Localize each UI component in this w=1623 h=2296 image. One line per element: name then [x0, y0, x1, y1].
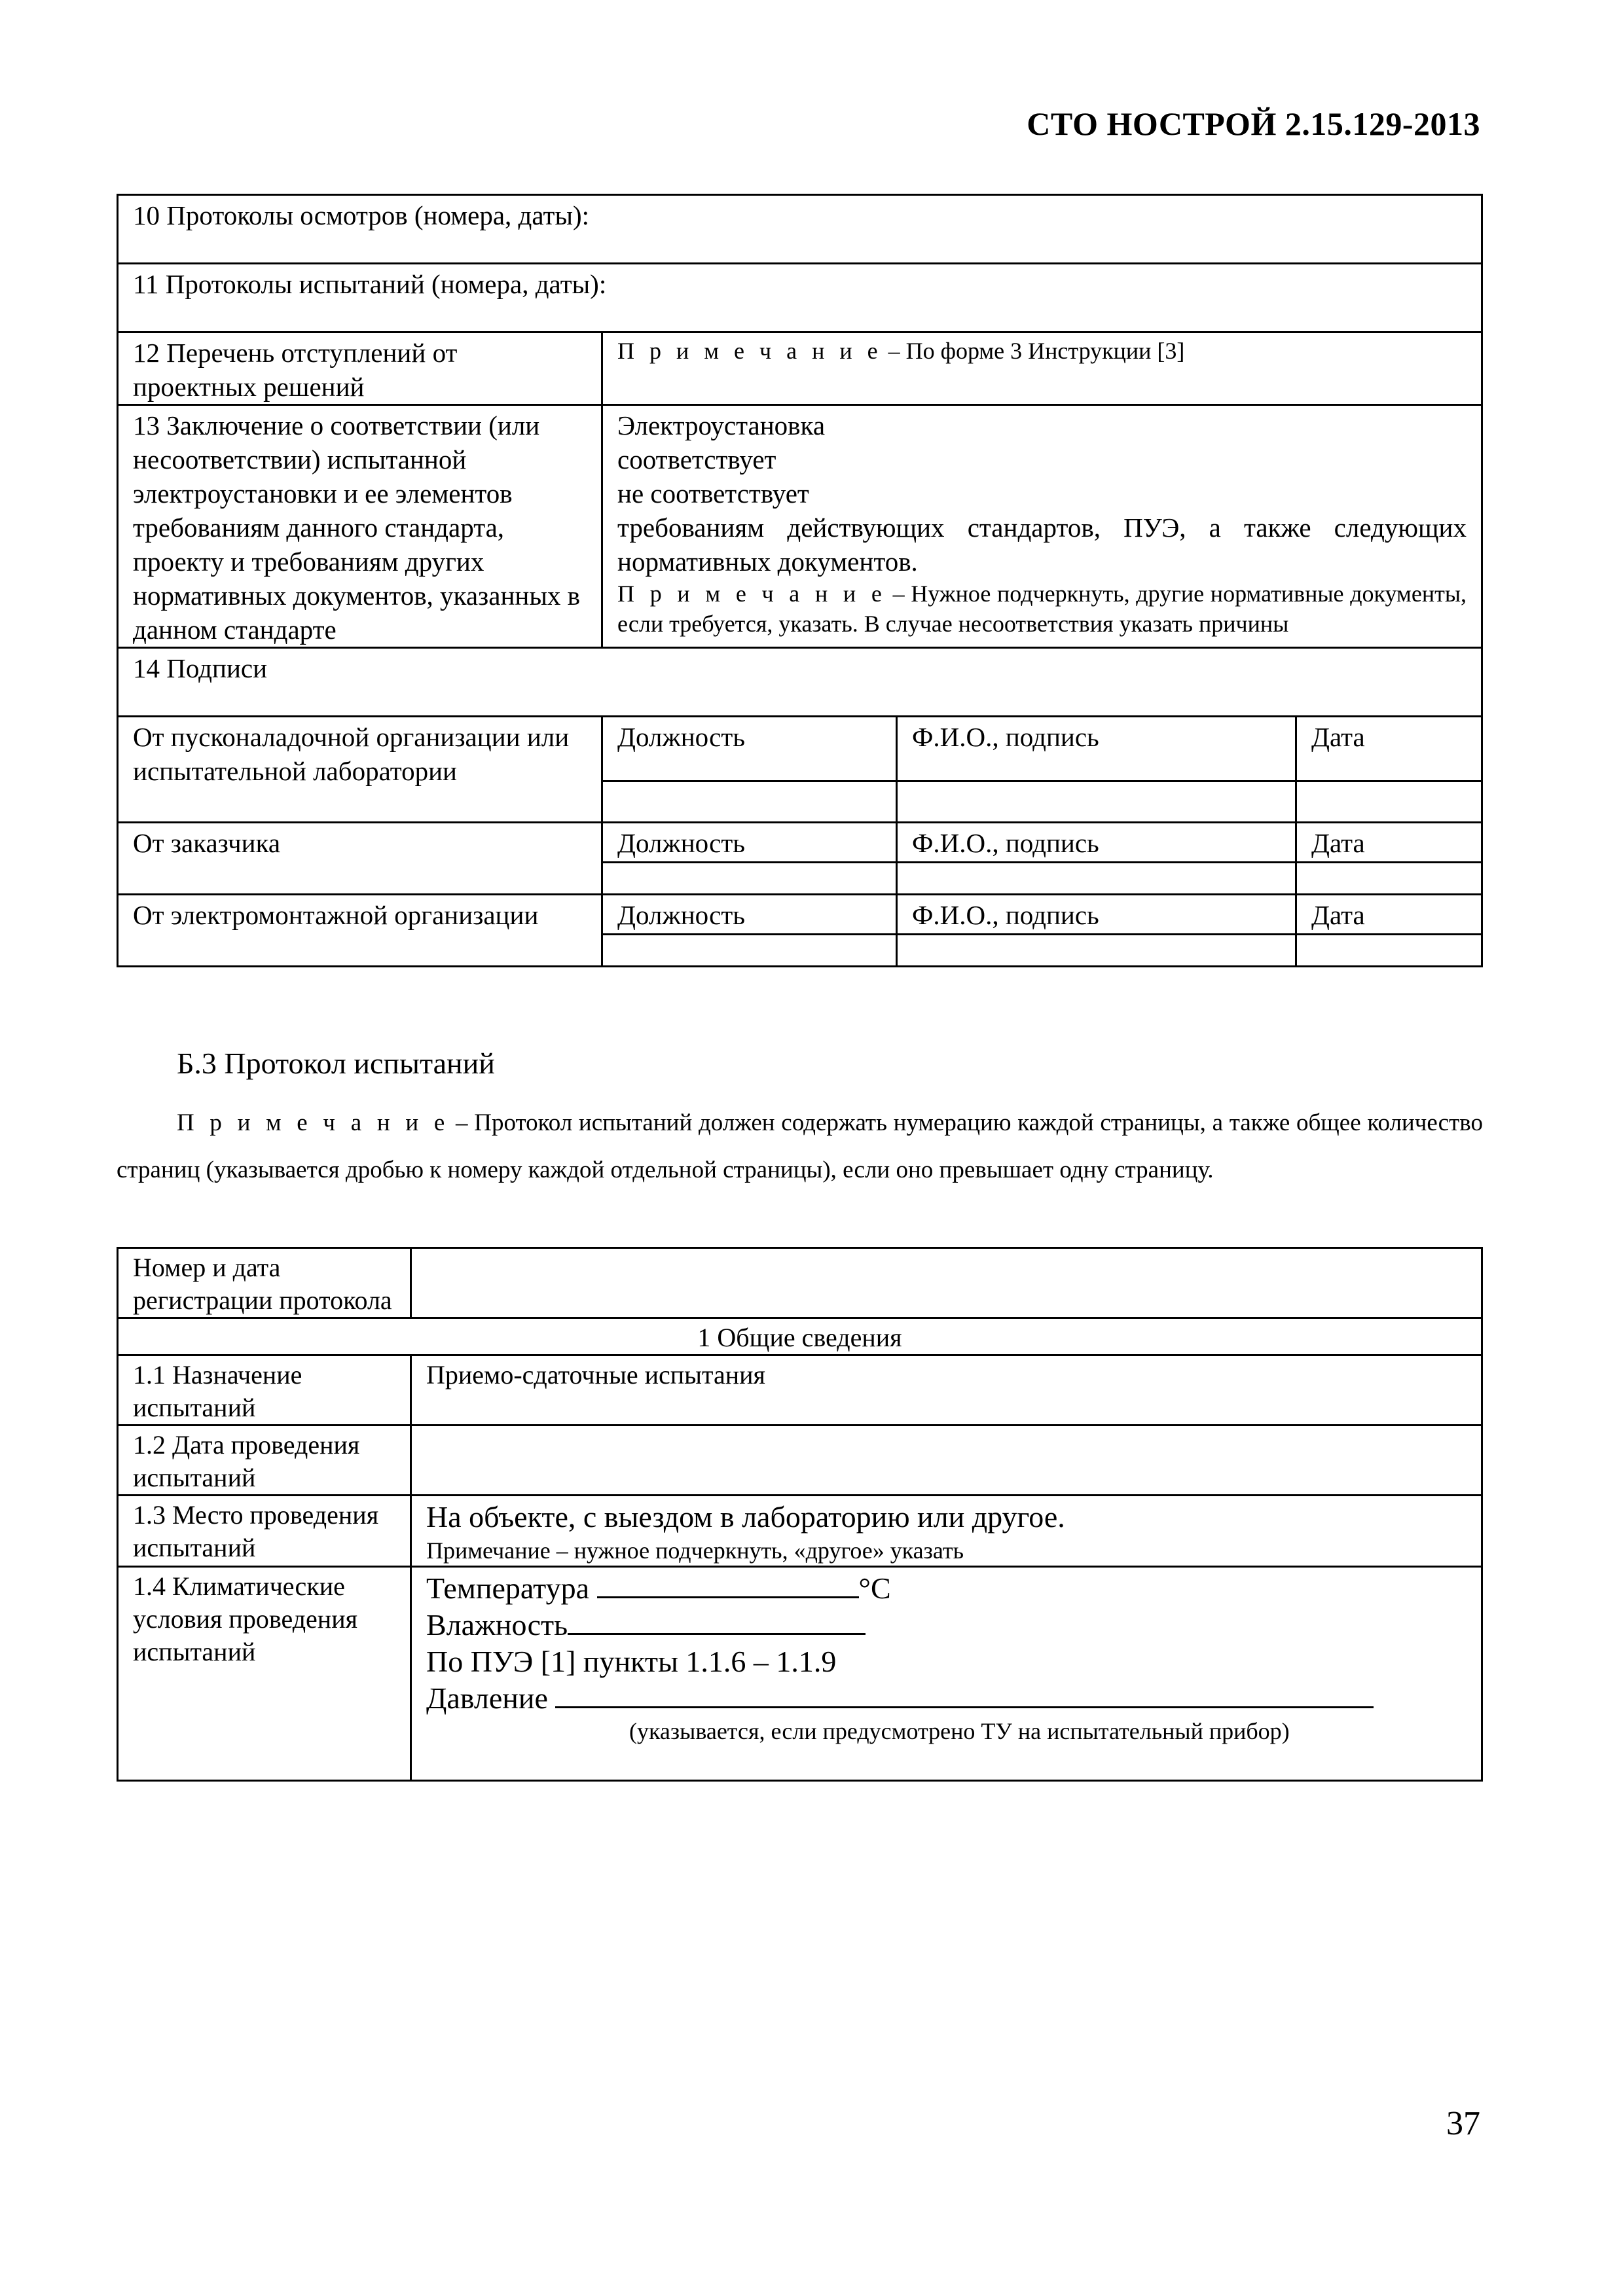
position-label: Должность: [602, 717, 897, 781]
humidity-field[interactable]: [568, 1611, 866, 1635]
pressure-label: Давление: [426, 1681, 548, 1715]
commissioning-act-table: 10 Протоколы осмотров (номера, даты): 11…: [117, 194, 1483, 967]
pue-reference: По ПУЭ [1] пункты 1.1.6 – 1.1.9: [426, 1643, 1467, 1680]
temperature-field[interactable]: [597, 1574, 859, 1598]
deviations-label: 12 Перечень отступлений от проектных реш…: [118, 332, 602, 405]
purpose-label: 1.1 Назначение испытаний: [118, 1355, 411, 1426]
humidity-label: Влажность: [426, 1608, 568, 1641]
name-signature-field[interactable]: [897, 781, 1296, 823]
date-label: Дата: [1296, 895, 1482, 935]
signature-party: От заказчика: [118, 823, 602, 895]
purpose-value[interactable]: Приемо-сдаточные испытания: [411, 1355, 1482, 1426]
date-label: Дата: [1296, 717, 1482, 781]
note-text: – По форме 3 Инструкции [3]: [883, 338, 1185, 364]
date-field[interactable]: [1296, 863, 1482, 895]
test-protocol-table: Номер и дата регистрации протокола 1 Общ…: [117, 1247, 1483, 1782]
date-label: Дата: [1296, 823, 1482, 863]
conclusion-note: П р и м е ч а н и е – Нужное подчеркнуть…: [617, 579, 1467, 639]
location-note: Примечание – нужное подчеркнуть, «другое…: [426, 1535, 1467, 1566]
test-date-field[interactable]: [411, 1426, 1482, 1496]
test-protocols-cell: 11 Протоколы испытаний (номера, даты):: [118, 264, 1482, 332]
signature-party: От пусконаладочной организации или испыт…: [118, 717, 602, 823]
registration-field[interactable]: [411, 1248, 1482, 1318]
name-signature-label: Ф.И.О., подпись: [897, 895, 1296, 935]
temperature-unit: °С: [859, 1571, 891, 1605]
pressure-field[interactable]: [555, 1684, 1374, 1708]
conclusion-option-not-complies: не соответствует: [617, 476, 1467, 511]
temperature-label: Температура: [426, 1571, 589, 1605]
note-word: П р и м е ч а н и е: [177, 1109, 449, 1136]
section-note: П р и м е ч а н и е – Протокол испытаний…: [117, 1100, 1483, 1194]
humidity-row: Влажность: [426, 1607, 1467, 1643]
section-title: Б.3 Протокол испытаний: [177, 1046, 495, 1081]
name-signature-field[interactable]: [897, 863, 1296, 895]
document-code: СТО НОСТРОЙ 2.15.129-2013: [1027, 105, 1480, 143]
registration-label: Номер и дата регистрации протокола: [118, 1248, 411, 1318]
conclusion-line-1: Электроустановка: [617, 408, 1467, 442]
pressure-row: Давление: [426, 1680, 1467, 1717]
name-signature-label: Ф.И.О., подпись: [897, 717, 1296, 781]
location-options: На объекте, с выездом в лабораторию или …: [426, 1499, 1467, 1535]
conclusion-value: Электроустановка соответствует не соотве…: [602, 405, 1482, 648]
climate-label: 1.4 Климатические условия проведения исп…: [118, 1567, 411, 1781]
signature-party: От электромонтажной организации: [118, 895, 602, 967]
pressure-caption: (указывается, если предусмотрено ТУ на и…: [426, 1717, 1467, 1746]
position-field[interactable]: [602, 781, 897, 823]
name-signature-label: Ф.И.О., подпись: [897, 823, 1296, 863]
date-field[interactable]: [1296, 935, 1482, 967]
signatures-header: 14 Подписи: [118, 648, 1482, 717]
location-value[interactable]: На объекте, с выездом в лабораторию или …: [411, 1496, 1482, 1567]
note-word: П р и м е ч а н и е: [617, 581, 886, 607]
conclusion-requirements: требованиям действующих стандартов, ПУЭ,…: [617, 511, 1467, 579]
general-info-header: 1 Общие сведения: [118, 1318, 1482, 1355]
location-label: 1.3 Место проведения испытаний: [118, 1496, 411, 1567]
temperature-row: Температура °С: [426, 1570, 1467, 1607]
climate-value: Температура °С Влажность По ПУЭ [1] пунк…: [411, 1567, 1482, 1781]
date-field[interactable]: [1296, 781, 1482, 823]
test-date-label: 1.2 Дата проведения испытаний: [118, 1426, 411, 1496]
position-label: Должность: [602, 895, 897, 935]
position-label: Должность: [602, 823, 897, 863]
inspection-protocols-cell: 10 Протоколы осмотров (номера, даты):: [118, 195, 1482, 264]
conclusion-label: 13 Заключение о соответствии (или несоот…: [118, 405, 602, 648]
name-signature-field[interactable]: [897, 935, 1296, 967]
page-number: 37: [1446, 2104, 1480, 2143]
position-field[interactable]: [602, 935, 897, 967]
note-word: П р и м е ч а н и е: [617, 338, 883, 364]
deviations-note: П р и м е ч а н и е – По форме 3 Инструк…: [602, 332, 1482, 405]
position-field[interactable]: [602, 863, 897, 895]
conclusion-option-complies: соответствует: [617, 442, 1467, 476]
